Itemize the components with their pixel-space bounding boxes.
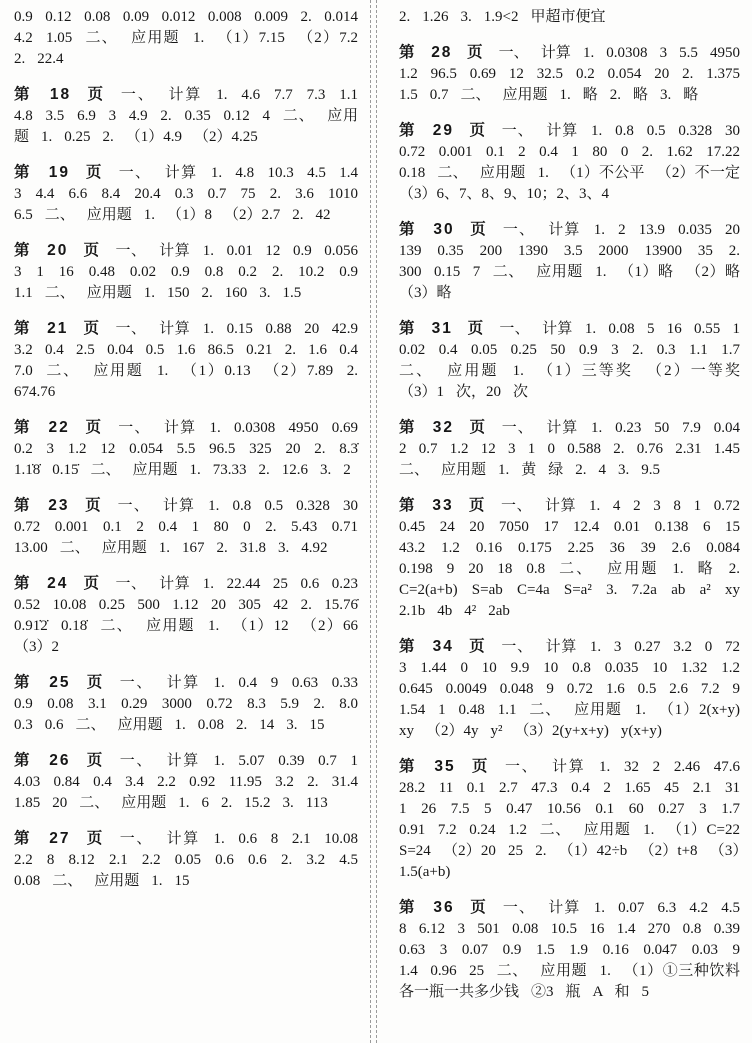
right-column: 2. 1.26 3. 1.9<2 甲超市便宜 第 28 页一、 计算 1. 0.… <box>377 0 752 1043</box>
page-label: 第 34 页 <box>399 638 487 655</box>
section-body: 一、 计算 1. 32 2 2.46 47.6 28.2 11 0.1 2.7 … <box>399 759 740 880</box>
answer-section: 第 29 页一、 计算 1. 0.8 0.5 0.328 30 0.72 0.0… <box>399 120 740 205</box>
column-divider <box>370 0 377 1043</box>
page-label: 第 18 页 <box>14 86 107 103</box>
answer-section: 第 26 页一、 计算 1. 5.07 0.39 0.7 1 4.03 0.84… <box>14 750 358 814</box>
answer-section: 第 25 页一、 计算 1. 0.4 9 0.63 0.33 0.9 0.08 … <box>14 672 358 736</box>
page-label: 第 35 页 <box>399 758 491 775</box>
page-label: 第 23 页 <box>14 497 104 514</box>
page-label: 第 30 页 <box>399 221 489 238</box>
answer-section: 第 28 页一、 计算 1. 0.0308 3 5.5 4950 1.2 96.… <box>399 42 740 106</box>
answer-section: 2. 1.26 3. 1.9<2 甲超市便宜 <box>399 7 740 28</box>
answer-section: 第 30 页一、 计算 1. 2 13.9 0.035 20 139 0.35 … <box>399 219 740 304</box>
answer-section: 第 22 页一、 计算 1. 0.0308 4950 0.69 0.2 3 1.… <box>14 417 358 481</box>
answer-section: 0.9 0.12 0.08 0.09 0.012 0.008 0.009 2. … <box>14 7 358 70</box>
answer-section: 第 31 页一、 计算 1. 0.08 5 16 0.55 1 0.02 0.4… <box>399 318 740 403</box>
page-label: 第 21 页 <box>14 320 102 337</box>
answer-section: 第 20 页一、 计算 1. 0.01 12 0.9 0.056 3 1 16 … <box>14 240 358 304</box>
section-body: 0.9 0.12 0.08 0.09 0.012 0.008 0.009 2. … <box>14 9 358 67</box>
page-label: 第 28 页 <box>399 44 485 61</box>
left-column: 0.9 0.12 0.08 0.09 0.012 0.008 0.009 2. … <box>0 0 370 1043</box>
page-label: 第 25 页 <box>14 674 106 691</box>
answer-section: 第 36 页一、 计算 1. 0.07 6.3 4.2 4.5 8 6.12 3… <box>399 897 740 1003</box>
page-label: 第 32 页 <box>399 419 488 436</box>
page-label: 第 36 页 <box>399 899 489 916</box>
answer-section: 第 34 页一、 计算 1. 3 0.27 3.2 0 72 3 1.44 0 … <box>399 636 740 742</box>
answer-section: 第 18 页一、 计算 1. 4.6 7.7 7.3 1.1 4.8 3.5 6… <box>14 84 358 148</box>
answer-section: 第 33 页一、 计算 1. 4 2 3 8 1 0.72 0.45 24 20… <box>399 495 740 622</box>
page-label: 第 29 页 <box>399 122 488 139</box>
page-label: 第 33 页 <box>399 497 487 514</box>
page-label: 第 26 页 <box>14 752 106 769</box>
answer-section: 第 24 页一、 计算 1. 22.44 25 0.6 0.23 0.52 10… <box>14 573 358 658</box>
page-label: 第 24 页 <box>14 575 102 592</box>
page-label: 第 31 页 <box>399 320 485 337</box>
page-label: 第 22 页 <box>14 419 104 436</box>
page-label: 第 19 页 <box>14 164 105 181</box>
answer-section: 第 19 页一、 计算 1. 4.8 10.3 4.5 1.4 3 4.4 6.… <box>14 162 358 226</box>
section-body: 2. 1.26 3. 1.9<2 甲超市便宜 <box>399 9 605 25</box>
answer-key-page: 0.9 0.12 0.08 0.09 0.012 0.008 0.009 2. … <box>0 0 752 1043</box>
answer-section: 第 27 页一、 计算 1. 0.6 8 2.1 10.08 2.2 8 8.1… <box>14 828 358 892</box>
answer-section: 第 35 页一、 计算 1. 32 2 2.46 47.6 28.2 11 0.… <box>399 756 740 883</box>
answer-section: 第 23 页一、 计算 1. 0.8 0.5 0.328 30 0.72 0.0… <box>14 495 358 559</box>
answer-section: 第 21 页一、 计算 1. 0.15 0.88 20 42.9 3.2 0.4… <box>14 318 358 403</box>
answer-section: 第 32 页一、 计算 1. 0.23 50 7.9 0.04 2 0.7 1.… <box>399 417 740 481</box>
page-label: 第 20 页 <box>14 242 102 259</box>
section-body: 一、 计算 1. 4 2 3 8 1 0.72 0.45 24 20 7050 … <box>399 498 740 619</box>
page-label: 第 27 页 <box>14 830 106 847</box>
